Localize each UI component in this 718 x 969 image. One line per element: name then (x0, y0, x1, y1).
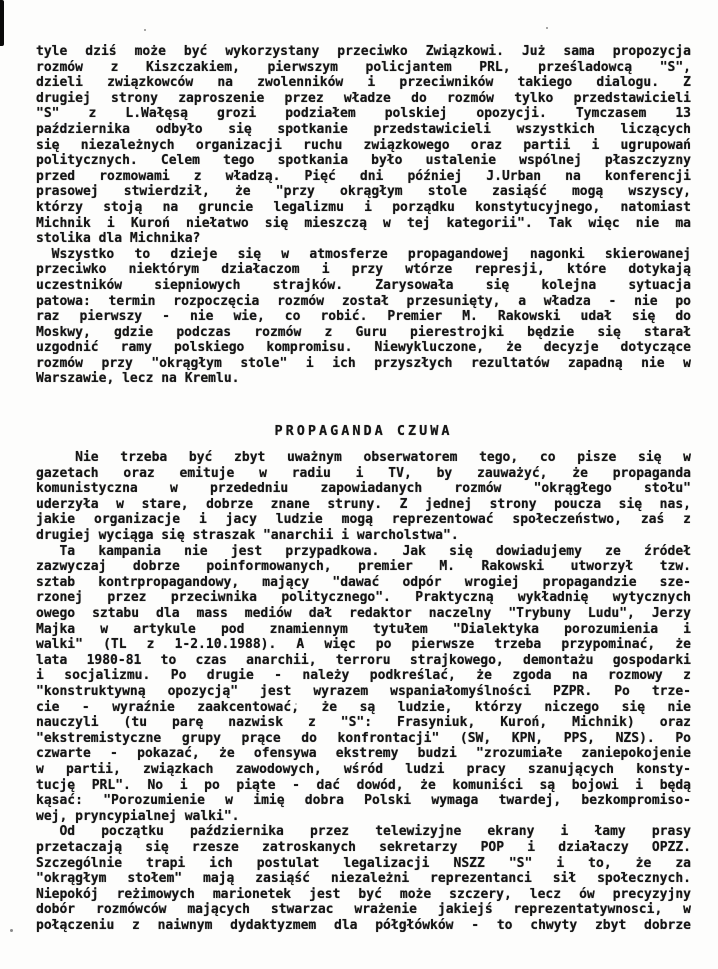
text-line: Majka w artykule pod znamiennym tytułem … (36, 622, 691, 638)
text-line: Michnik i Kuroń niełatwo się mieszczą w … (36, 216, 691, 232)
text-line: kąsać: "Porozumienie w imię dobra Polski… (36, 793, 691, 809)
scan-speck (144, 29, 146, 31)
text-line: Moskwy, gdzie podczas rozmów z Guru pier… (36, 325, 691, 341)
text-line: cie - wyraźnie zaakcentować, że są ludzi… (36, 700, 691, 716)
text-line: drugiej wyciąga się straszak "anarchii i… (36, 528, 691, 544)
text-line: tucję PRL". No i po piąte - dać dowód, ż… (36, 778, 691, 794)
text-line: sztab kontrpropagandowy, mający "dawać o… (36, 575, 691, 591)
text-line: Niepokój reżimowych marionetek jest być … (36, 887, 691, 903)
text-line: przeciwko niektórym działaczom i przy wt… (36, 262, 691, 278)
text-line: uczestników siepniowych strajków. Zaryso… (36, 278, 691, 294)
text-line: "ekstremistyczne grupy prące do konfront… (36, 731, 691, 747)
text-line: "S" z L.Wałęsą grozi podziałem polskiej … (36, 106, 691, 122)
text-line: Nie trzeba być zbyt uważnym obserwatorem… (36, 450, 691, 466)
scan-speck (546, 27, 548, 29)
section-heading: PROPAGANDA CZUWA (36, 424, 691, 440)
paragraph: tyle dziś może być wykorzystany przeciwk… (36, 44, 691, 247)
text-line: przed rozmowami z władzą. Pięć dni późni… (36, 169, 691, 185)
text-line: Od początku października przez telewizyj… (36, 824, 691, 840)
text-line: prasowej stwierdził, że "przy okrągłym s… (36, 184, 691, 200)
text-line: zazwyczaj dobrze poinformowanych, premie… (36, 559, 691, 575)
text-line: tyle dziś może być wykorzystany przeciwk… (36, 44, 691, 60)
text-line: "okrągłym stołem" mają zasiąść niezależn… (36, 871, 691, 887)
text-line: uderzyła w stare, dobrze znane struny. Z… (36, 497, 691, 513)
text-line: przetaczają się rzesze zatroskanych sekr… (36, 840, 691, 856)
paragraph: Od początku października przez telewizyj… (36, 824, 691, 933)
scan-speck (10, 929, 13, 932)
text-line: w partii, związkach zawodowych, wśród lu… (36, 762, 691, 778)
text-line: raz pierwszy - nie wie, co robić. Premie… (36, 309, 691, 325)
text-line: się niezależnych organizacji ruchu związ… (36, 138, 691, 154)
text-line: dzieli związkowców na zwolenników i prze… (36, 75, 691, 91)
text-line: owego sztabu dla mass mediów dał redakto… (36, 606, 691, 622)
text-line: października odbyło się spotkanie przeds… (36, 122, 691, 138)
text-line: jakie organizacje i jacy ludzie mogą rep… (36, 512, 691, 528)
text-line: Wszystko to dzieje się w atmosferze prop… (36, 247, 691, 263)
text-line: drugiej strony zaproszenie przez władze … (36, 91, 691, 107)
paragraph: Ta kampania nie jest przypadkowa. Jak si… (36, 544, 691, 825)
scanned-page: tyle dziś może być wykorzystany przeciwk… (0, 0, 718, 969)
paragraph: Nie trzeba być zbyt uważnym obserwatorem… (36, 450, 691, 544)
text-line: patowa: termin rozpoczęcia rozmów został… (36, 294, 691, 310)
text-line: dobór rozmówców mających stwarzac wrażen… (36, 902, 691, 918)
text-line: gazetach oraz emituje w radiu i TV, by z… (36, 466, 691, 482)
text-line: uzgodnić ramy polskiego kompromisu. Niew… (36, 340, 691, 356)
scan-artifact (0, 0, 4, 46)
text-line: lata 1980-81 to czas anarchii, terroru s… (36, 653, 691, 669)
text-line: rozmów przy "okrągłym stole" i ich przys… (36, 356, 691, 372)
text-line: połączeniu z naiwnym dydaktyzmem dla pół… (36, 918, 691, 934)
text-line: Warszawie, lecz na Kremlu. (36, 371, 691, 387)
text-line: wej, pryncypialnej walki". (36, 809, 691, 825)
text-line: Szczególnie trapi ich postulat legalizac… (36, 856, 691, 872)
text-line: nauczyli (tu parę nazwisk z "S": Frasyni… (36, 715, 691, 731)
text-line: politycznych. Celem tego spotkania było … (36, 153, 691, 169)
text-line: komunistyczna w przededniu zapowiadanych… (36, 481, 691, 497)
document-body: tyle dziś może być wykorzystany przeciwk… (36, 44, 691, 933)
text-line: "konstruktywną opozycją" jest wyrazem ws… (36, 684, 691, 700)
text-line: walki" (TL z 1-2.10.1988). A więc po pie… (36, 637, 691, 653)
paragraph: Wszystko to dzieje się w atmosferze prop… (36, 247, 691, 387)
text-line: i socjalizmu. Po drugie - należy podkreś… (36, 668, 691, 684)
text-line: czwarte - pokazać, że ofensywa ekstremy … (36, 746, 691, 762)
text-line: rozmów z Kiszczakiem, pierwszym policjan… (36, 60, 691, 76)
text-line: stolika dla Michnika? (36, 231, 691, 247)
text-line: rzonej przez przeciwnika politycznego". … (36, 590, 691, 606)
text-line: którzy stoją na gruncie legalizmu i porz… (36, 200, 691, 216)
text-line: Ta kampania nie jest przypadkowa. Jak si… (36, 544, 691, 560)
